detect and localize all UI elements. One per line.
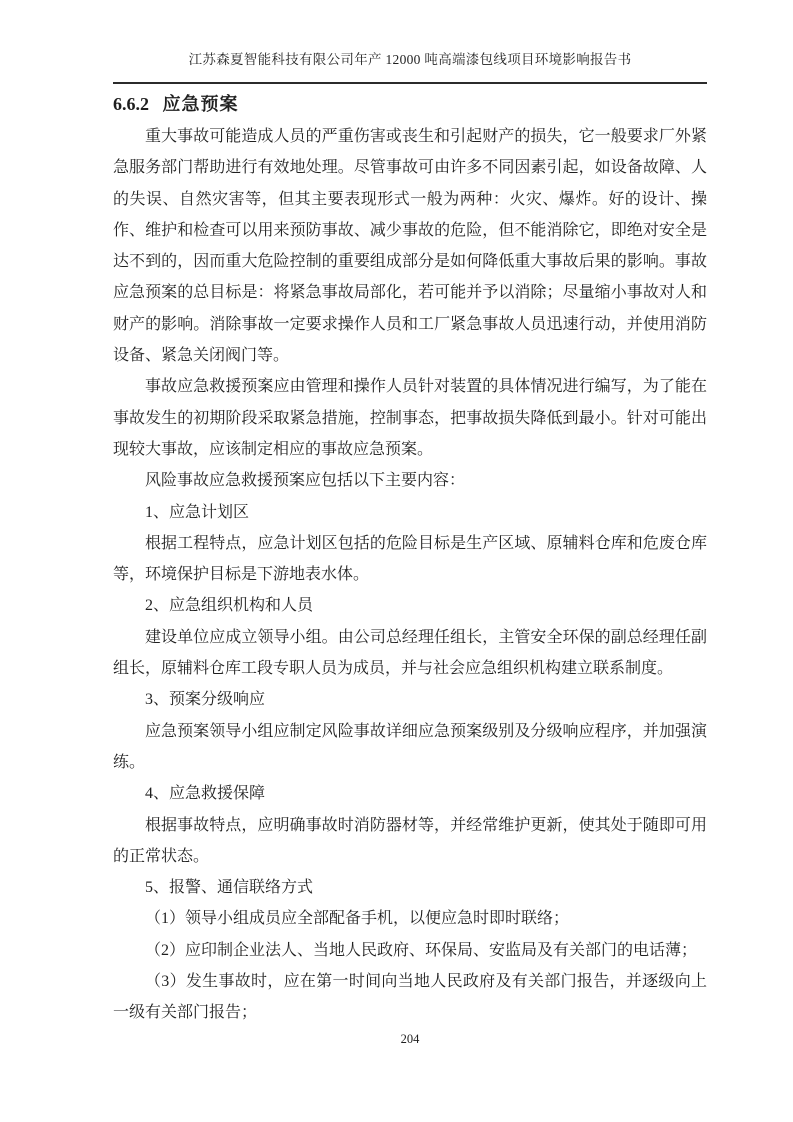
paragraph: 重大事故可能造成人员的严重伤害或丧生和引起财产的损失，它一般要求厂外紧急服务部门… <box>113 121 707 371</box>
paragraph: （3）发生事故时，应在第一时间向当地人民政府及有关部门报告，并逐级向上一级有关部… <box>113 966 707 1029</box>
running-head-title: 江苏森夏智能科技有限公司年产 12000 吨高端漆包线项目环境影响报告书 <box>189 52 632 67</box>
document-page: 江苏森夏智能科技有限公司年产 12000 吨高端漆包线项目环境影响报告书 6.6… <box>0 0 793 1122</box>
paragraph: 3、预案分级响应 <box>113 684 707 715</box>
paragraph: （2）应印制企业法人、当地人民政府、环保局、安监局及有关部门的电话薄； <box>113 935 707 966</box>
page-number: 204 <box>401 1032 420 1046</box>
paragraph: 事故应急救援预案应由管理和操作人员针对装置的具体情况进行编写，为了能在事故发生的… <box>113 371 707 465</box>
page-footer: 204 <box>113 1030 707 1048</box>
paragraph: 5、报警、通信联络方式 <box>113 872 707 903</box>
paragraph: 风险事故应急救援预案应包括以下主要内容： <box>113 465 707 496</box>
paragraph: 2、应急组织机构和人员 <box>113 590 707 621</box>
section-heading: 6.6.2 应急预案 <box>113 92 239 116</box>
paragraph: 应急预案领导小组应制定风险事故详细应急预案级别及分级响应程序，并加强演练。 <box>113 716 707 779</box>
paragraph: 4、应急救援保障 <box>113 778 707 809</box>
section-title: 应急预案 <box>163 94 239 114</box>
paragraph: 根据事故特点，应明确事故时消防器材等，并经常维护更新，使其处于随即可用的正常状态… <box>113 810 707 873</box>
paragraph: （1）领导小组成员应全部配备手机，以便应急时即时联络； <box>113 903 707 934</box>
document-body: 重大事故可能造成人员的严重伤害或丧生和引起财产的损失，它一般要求厂外紧急服务部门… <box>113 121 707 1029</box>
paragraph: 根据工程特点，应急计划区包括的危险目标是生产区域、原辅料仓库和危废仓库等，环境保… <box>113 528 707 591</box>
page-header: 江苏森夏智能科技有限公司年产 12000 吨高端漆包线项目环境影响报告书 <box>113 50 707 84</box>
section-number: 6.6.2 <box>113 94 149 114</box>
paragraph: 1、应急计划区 <box>113 497 707 528</box>
paragraph: 建设单位应成立领导小组。由公司总经理任组长，主管安全环保的副总经理任副组长，原辅… <box>113 622 707 685</box>
